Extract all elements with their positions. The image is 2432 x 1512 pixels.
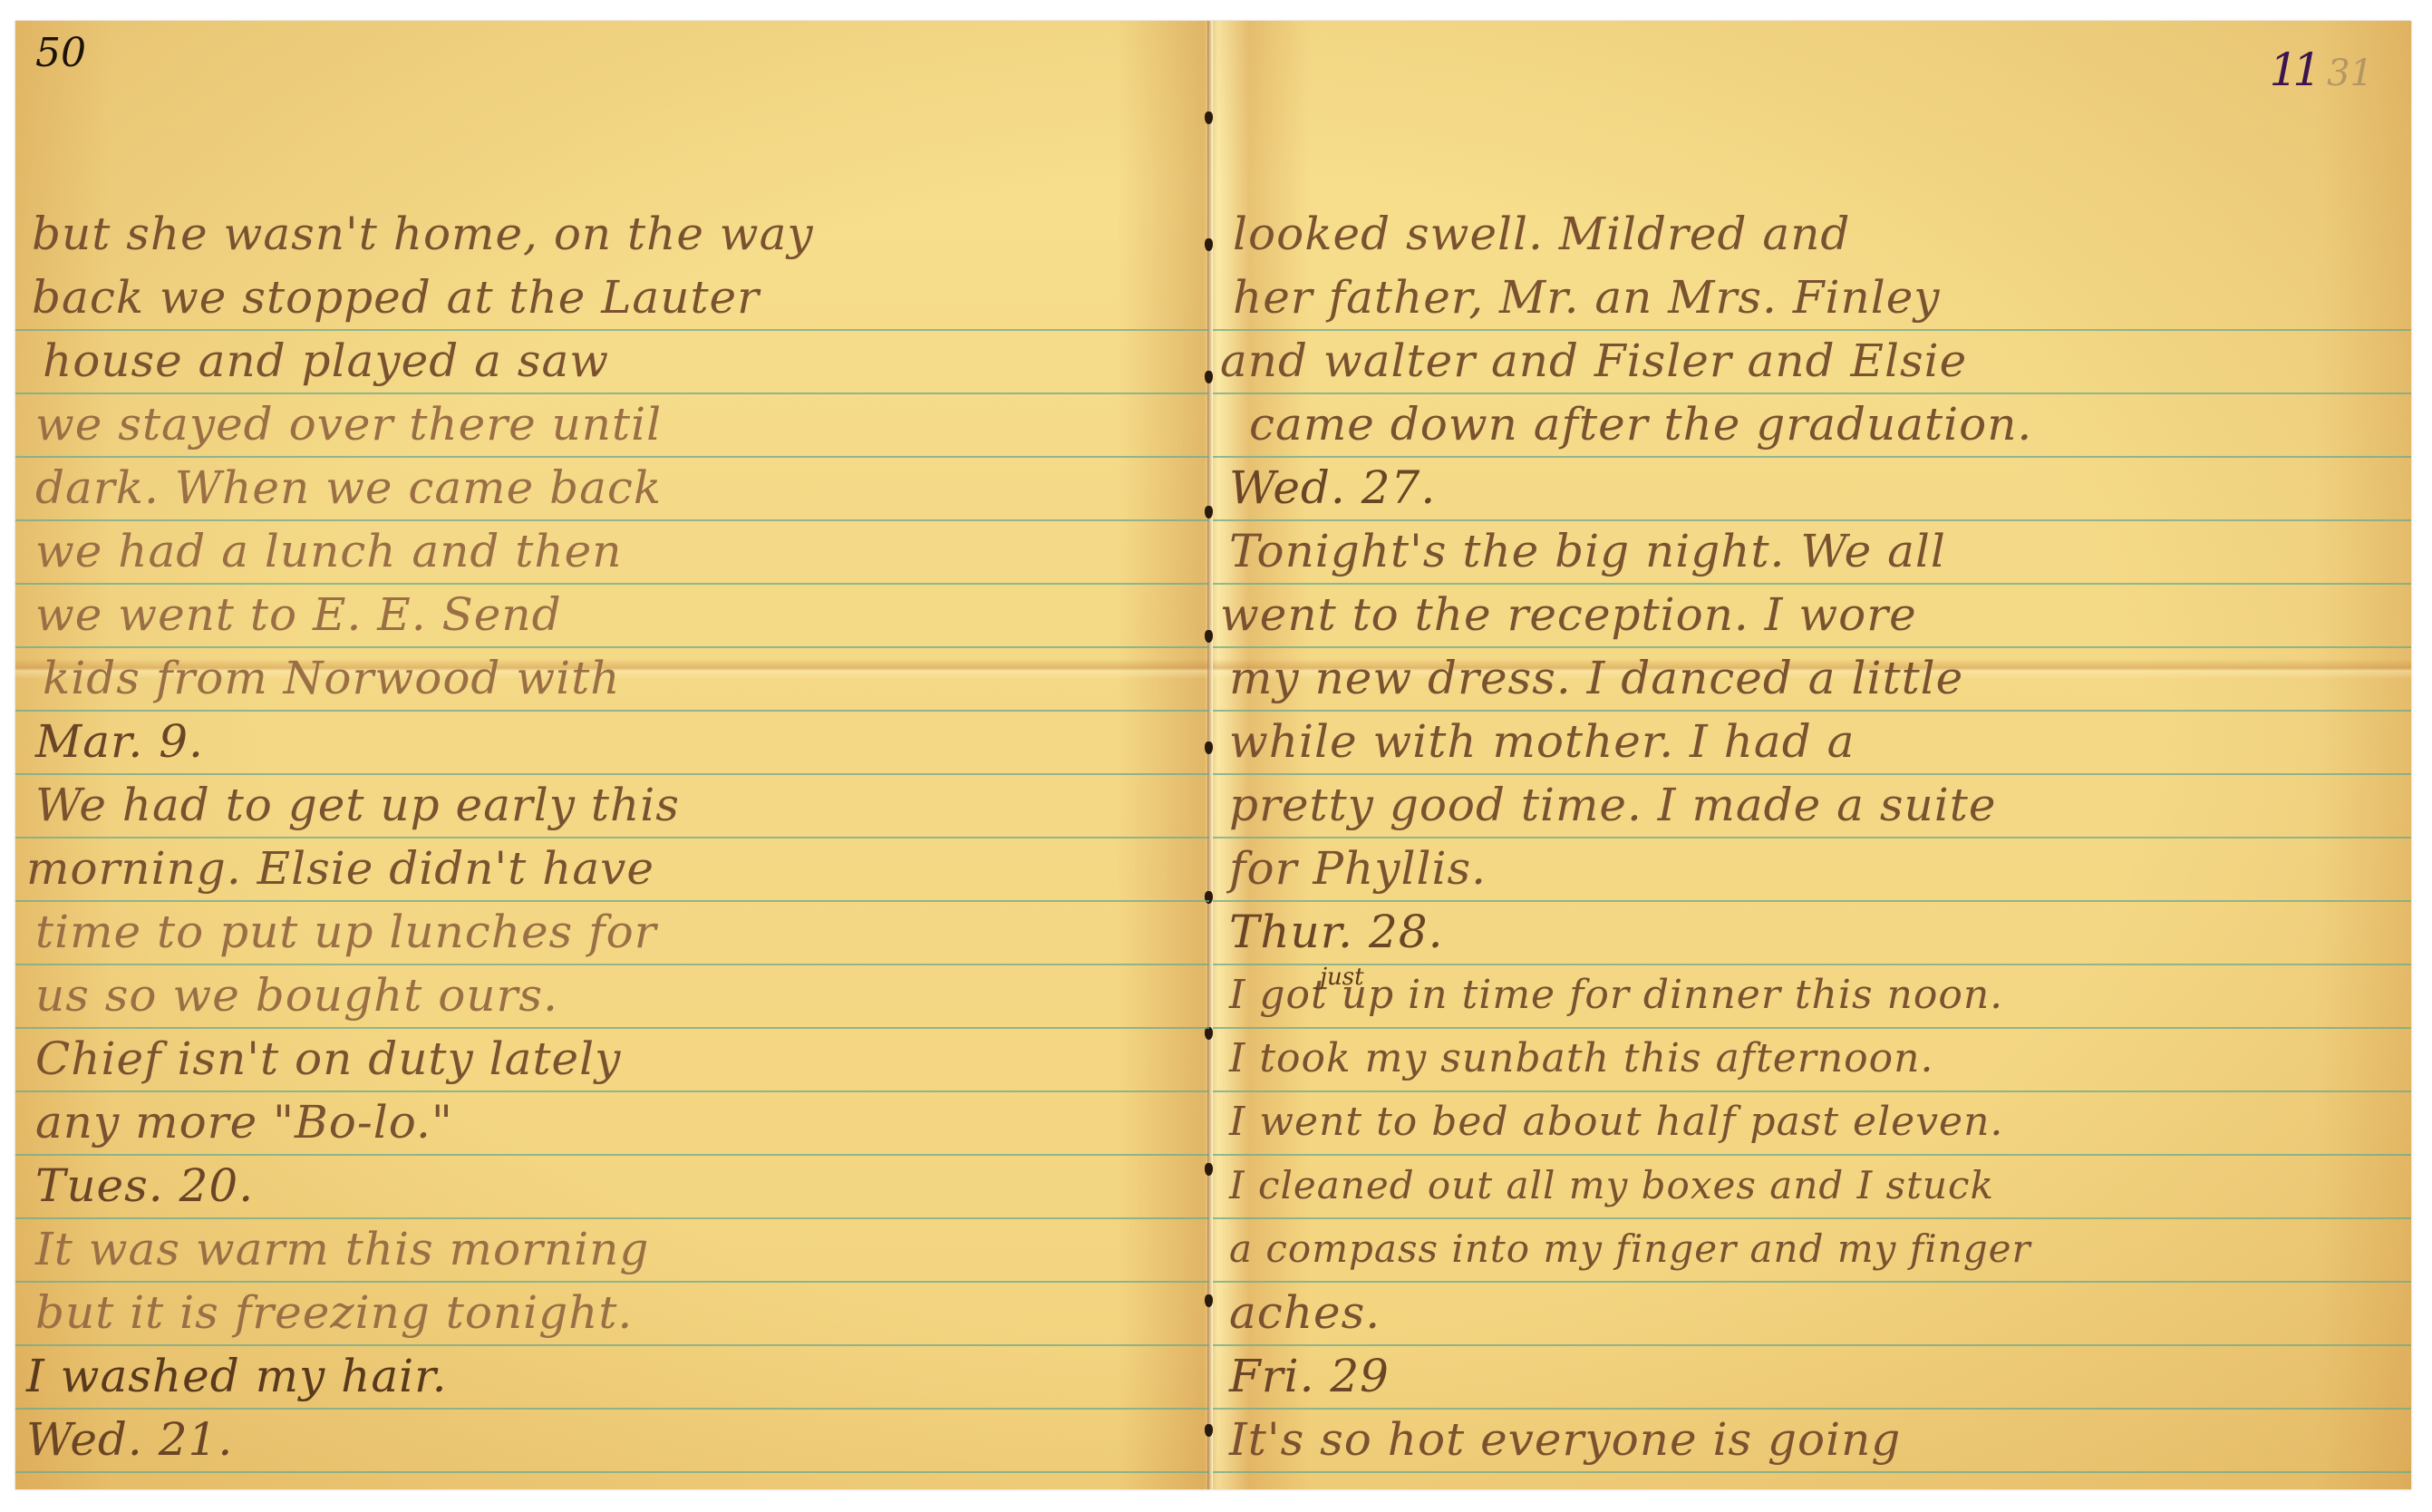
- text-line: came down after the graduation.: [1249, 393, 2032, 456]
- text-line: a compass into my finger and my finger: [1229, 1217, 2031, 1281]
- left-page: 50 but she wasn't home, on the way back …: [15, 21, 1209, 1489]
- date-heading: Thur. 28.: [1229, 900, 1443, 964]
- text-line: any more "Bo-lo.": [35, 1090, 453, 1154]
- text-line: for Phyllis.: [1229, 837, 1487, 900]
- right-page: 1131 looked swell. Mildred and her fathe…: [1213, 21, 2411, 1489]
- text-line: I went to bed about half past eleven.: [1229, 1090, 2003, 1154]
- date-heading: Fri. 29: [1229, 1344, 1390, 1408]
- text-line: Chief isn't on duty lately: [35, 1027, 621, 1090]
- text-line: It was warm this morning: [35, 1217, 649, 1281]
- text-line: Tonight's the big night. We all: [1229, 519, 1946, 583]
- page-number-faint: 31: [2327, 53, 2373, 94]
- text-line: aches.: [1229, 1281, 1381, 1344]
- text-line: We had to get up early this: [35, 773, 680, 837]
- page-number: 50: [35, 30, 86, 76]
- text-line: I washed my hair.: [26, 1344, 447, 1408]
- text-line: but it is freezing tonight.: [35, 1281, 633, 1344]
- text-line: and walter and Fisler and Elsie: [1220, 329, 1967, 393]
- page-number: 1131: [2269, 44, 2373, 96]
- date-heading: Wed. 21.: [26, 1408, 233, 1471]
- text-line: but she wasn't home, on the way: [32, 202, 814, 266]
- text-line: pretty good time. I made a suite: [1229, 773, 1996, 837]
- text-line: we went to E. E. Send: [35, 583, 562, 646]
- text-line: house and played a saw: [43, 329, 609, 393]
- inserted-word: just: [1320, 964, 1364, 991]
- text-line: while with mother. I had a: [1229, 710, 1855, 773]
- date-heading: Tues. 20.: [35, 1154, 254, 1217]
- text-line: dark. When we came back: [35, 456, 662, 519]
- text-line: went to the reception. I wore: [1220, 583, 1917, 646]
- text-line: looked swell. Mildred and: [1233, 202, 1850, 266]
- date-heading: Mar. 9.: [35, 710, 204, 773]
- text-line: her father, Mr. an Mrs. Finley: [1233, 266, 1941, 329]
- text-line: It's so hot everyone is going: [1229, 1408, 1901, 1471]
- text-line: time to put up lunches for: [35, 900, 657, 964]
- text-line: we had a lunch and then: [35, 519, 622, 583]
- date-heading: Wed. 27.: [1229, 456, 1436, 519]
- text-line: us so we bought ours.: [35, 964, 558, 1027]
- text-line: kids from Norwood with: [43, 646, 620, 710]
- text-line: I took my sunbath this afternoon.: [1229, 1027, 1933, 1090]
- text-line: we stayed over there until: [35, 393, 662, 456]
- notebook-spread: 50 but she wasn't home, on the way back …: [15, 21, 2411, 1489]
- text-line: back we stopped at the Lauter: [32, 266, 760, 329]
- text-line: I cleaned out all my boxes and I stuck: [1229, 1154, 1994, 1217]
- text-line: my new dress. I danced a little: [1229, 646, 1963, 710]
- text-line: morning. Elsie didn't have: [26, 837, 654, 900]
- page-number-value: 11: [2269, 44, 2316, 96]
